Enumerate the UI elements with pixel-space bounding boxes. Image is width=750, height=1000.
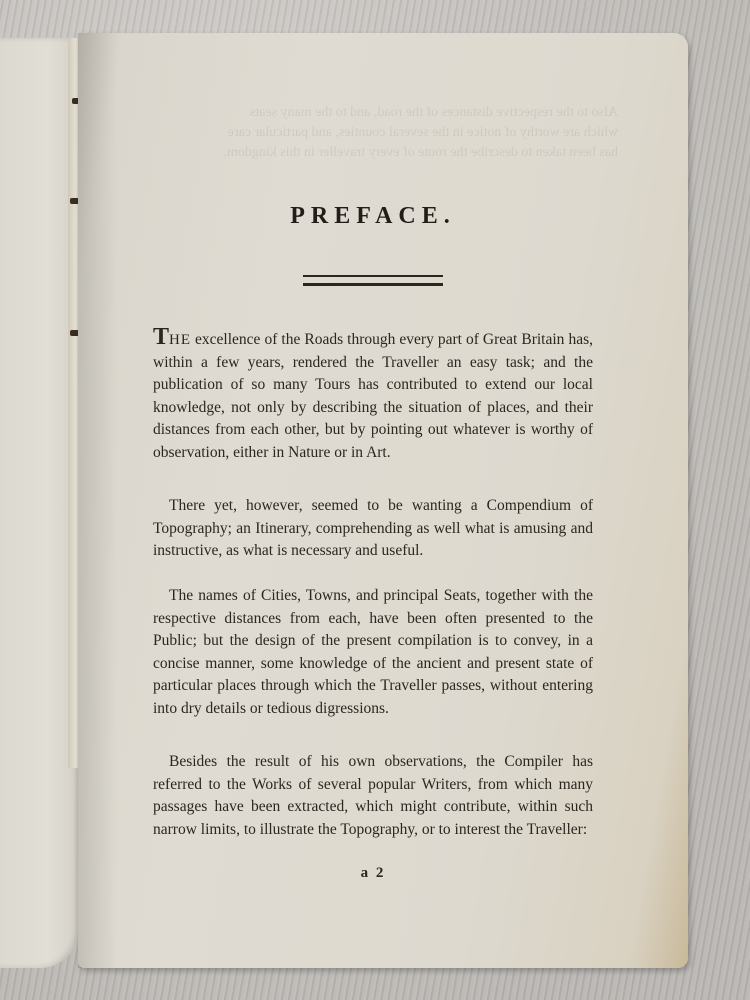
drop-cap: T: [153, 324, 169, 350]
paragraph-4: Besides the result of his own observatio…: [153, 751, 593, 841]
show-through-text: Also to the respective distances of the …: [218, 103, 618, 293]
page-title: PREFACE.: [153, 203, 593, 230]
paragraph-text: excellence of the Roads through every pa…: [153, 331, 593, 461]
paragraph-text: Besides the result of his own observatio…: [153, 753, 593, 838]
signature-mark: a 2: [153, 865, 593, 882]
paragraph-3: The names of Cities, Towns, and principa…: [153, 585, 593, 720]
paragraph-2: There yet, however, seemed to be wanting…: [153, 495, 593, 563]
paragraph-text: The names of Cities, Towns, and principa…: [153, 587, 593, 717]
paragraph-text: There yet, however, seemed to be wanting…: [153, 497, 593, 559]
book-page: Also to the respective distances of the …: [78, 33, 688, 968]
small-caps: HE: [169, 332, 191, 348]
paragraph-1: THE excellence of the Roads through ever…: [153, 329, 593, 464]
gutter-shadow: [78, 33, 118, 968]
title-rule: [303, 275, 443, 286]
